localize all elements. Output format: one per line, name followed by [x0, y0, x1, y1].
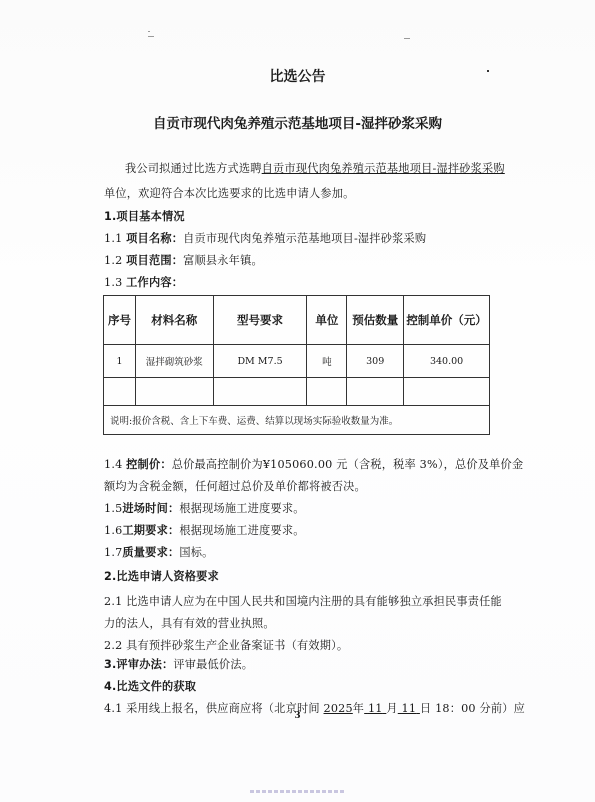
cell-empty — [347, 378, 404, 406]
item-label: 项目名称： — [126, 232, 183, 245]
item-value: 根据现场施工进度要求。 — [179, 524, 304, 537]
item-number: 1.6 — [104, 524, 122, 537]
item-1-2: 1.2 项目范围：富顺县永年镇。 — [104, 252, 263, 268]
item-1-4-line-2: 额均为含税金额，任何超过总价及单价都将被否决。 — [104, 478, 366, 494]
table-note: 说明:报价含税、含上下车费、运费、结算以现场实际验收数量为准。 — [104, 406, 490, 435]
item-number: 1.1 — [104, 232, 122, 245]
item-label: 工期要求： — [122, 524, 179, 537]
item-label: 质量要求： — [122, 546, 179, 559]
item-label: 工作内容： — [126, 276, 183, 289]
item-number: 1.7 — [104, 546, 122, 559]
item-number: 1.4 — [104, 458, 122, 471]
item-value: 自贡市现代肉兔养殖示范基地项目-湿拌砂浆采购 — [183, 232, 426, 245]
cell-empty — [104, 378, 136, 406]
cell-material: 湿拌砌筑砂浆 — [135, 345, 213, 378]
item-number: 1.5 — [104, 502, 122, 515]
intro-prefix: 我公司拟通过比选方式选聘 — [125, 162, 262, 175]
item-label: 项目范围： — [126, 254, 183, 267]
scan-speck — [148, 36, 154, 37]
document-title: 比选公告 — [0, 66, 595, 86]
item-2-1-line-2: 力的法人，具有有效的营业执照。 — [104, 615, 275, 631]
item-value: 总价最高控制价为¥105060.00 元（含税，税率 3%），总价及单价金 — [172, 458, 524, 471]
header-index: 序号 — [104, 296, 136, 345]
item-1-7: 1.7质量要求：国标。 — [104, 544, 214, 560]
page-number: 3 — [0, 711, 595, 721]
item-label: 控制价： — [126, 458, 172, 471]
section-1-heading: 1.项目基本情况 — [104, 208, 185, 224]
cell-index: 1 — [104, 345, 136, 378]
document-page: 比选公告 自贡市现代肉兔养殖示范基地项目-湿拌砂浆采购 我公司拟通过比选方式选聘… — [0, 0, 595, 802]
header-quantity: 预估数量 — [347, 296, 404, 345]
cell-empty — [213, 378, 307, 406]
section-3: 3.评审办法：评审最低价法。 — [104, 656, 253, 672]
item-1-4-line-1: 1.4 控制价：总价最高控制价为¥105060.00 元（含税，税率 3%），总… — [104, 456, 523, 472]
header-material: 材料名称 — [135, 296, 213, 345]
intro-line-1: 我公司拟通过比选方式选聘自贡市现代肉兔养殖示范基地项目-湿拌砂浆采购 — [125, 160, 505, 176]
section-3-label: 3.评审办法： — [104, 658, 173, 671]
cell-empty — [404, 378, 490, 406]
header-unit: 单位 — [307, 296, 347, 345]
work-content-table: 序号 材料名称 型号要求 单位 预估数量 控制单价（元） 1 湿拌砌筑砂浆 DM… — [103, 295, 490, 435]
item-value: 根据现场施工进度要求。 — [179, 502, 304, 515]
intro-project-name: 自贡市现代肉兔养殖示范基地项目-湿拌砂浆采购 — [262, 162, 505, 175]
item-2-1-line-1: 2.1 比选申请人应为在中国人民共和国境内注册的具有能够独立承担民事责任能 — [104, 593, 502, 609]
header-unit-price: 控制单价（元） — [404, 296, 490, 345]
cell-quantity: 309 — [347, 345, 404, 378]
item-1-1: 1.1 项目名称：自贡市现代肉兔养殖示范基地项目-湿拌砂浆采购 — [104, 230, 426, 246]
cell-empty — [135, 378, 213, 406]
scan-speck — [148, 31, 150, 32]
table-row-empty — [104, 378, 490, 406]
item-value: 国标。 — [179, 546, 213, 559]
item-1-6: 1.6工期要求：根据现场施工进度要求。 — [104, 522, 305, 538]
cell-unit: 吨 — [307, 345, 347, 378]
item-value: 富顺县永年镇。 — [183, 254, 263, 267]
header-model: 型号要求 — [213, 296, 307, 345]
cell-unit-price: 340.00 — [404, 345, 490, 378]
section-2-heading: 2.比选申请人资格要求 — [104, 568, 219, 584]
item-number: 1.3 — [104, 276, 122, 289]
item-label: 进场时间： — [122, 502, 179, 515]
section-4-heading: 4.比选文件的获取 — [104, 678, 196, 694]
cell-empty — [307, 378, 347, 406]
cell-model: DM M7.5 — [213, 345, 307, 378]
item-1-5: 1.5进场时间：根据现场施工进度要求。 — [104, 500, 305, 516]
intro-line-2: 单位，欢迎符合本次比选要求的比选申请人参加。 — [104, 185, 355, 201]
item-2-2: 2.2 具有预拌砂浆生产企业备案证书（有效期）。 — [104, 637, 348, 653]
table-note-row: 说明:报价含税、含上下车费、运费、结算以现场实际验收数量为准。 — [104, 406, 490, 435]
item-1-3: 1.3 工作内容： — [104, 274, 183, 290]
scan-speck — [404, 38, 410, 39]
section-3-value: 评审最低价法。 — [173, 658, 253, 671]
scan-artifact — [250, 790, 345, 793]
table-row: 1 湿拌砌筑砂浆 DM M7.5 吨 309 340.00 — [104, 345, 490, 378]
document-subtitle: 自贡市现代肉兔养殖示范基地项目-湿拌砂浆采购 — [0, 112, 595, 132]
table-header-row: 序号 材料名称 型号要求 单位 预估数量 控制单价（元） — [104, 296, 490, 345]
item-number: 1.2 — [104, 254, 122, 267]
